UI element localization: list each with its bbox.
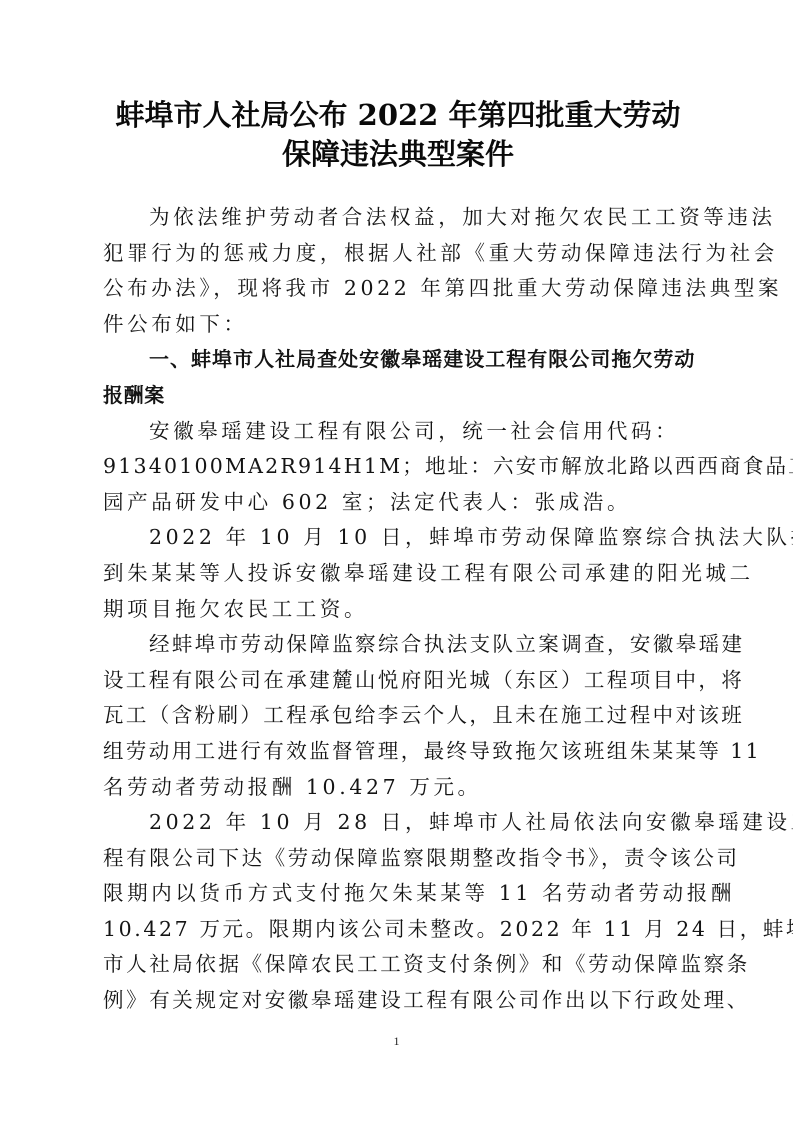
text-line: 名劳动者劳动报酬 10.427 万元。 bbox=[103, 770, 695, 806]
text-line: 安徽皋瑶建设工程有限公司，统一社会信用代码： bbox=[103, 414, 695, 450]
text-line: 园产品研发中心 602 室；法定代表人：张成浩。 bbox=[103, 485, 695, 521]
section-heading: 一、蚌埠市人社局查处安徽皋瑶建设工程有限公司拖欠劳动 报酬案 bbox=[103, 342, 695, 413]
text-line: 件公布如下： bbox=[103, 307, 695, 343]
text-line: 市人社局依据《保障农民工工资支付条例》和《劳动保障监察条 bbox=[103, 947, 695, 983]
company-info-paragraph: 安徽皋瑶建设工程有限公司，统一社会信用代码： 91340100MA2R914H1… bbox=[103, 414, 695, 521]
text-line: 例》有关规定对安徽皋瑶建设工程有限公司作出以下行政处理、 bbox=[103, 983, 695, 1019]
text-line: 为依法维护劳动者合法权益，加大对拖欠农民工工资等违法 bbox=[103, 200, 695, 236]
document-title: 蚌埠市人社局公布 2022 年第四批重大劳动 保障违法典型案件 bbox=[100, 96, 696, 174]
text-line: 程有限公司下达《劳动保障监察限期整改指令书》，责令该公司 bbox=[103, 841, 695, 877]
title-line: 蚌埠市人社局公布 2022 年第四批重大劳动 bbox=[100, 96, 696, 135]
text-line: 2022 年 10 月 10 日，蚌埠市劳动保障监察综合执法大队接 bbox=[103, 520, 695, 556]
text-line: 组劳动用工进行有效监督管理，最终导致拖欠该班组朱某某等 11 bbox=[103, 734, 695, 770]
order-paragraph: 2022 年 10 月 28 日，蚌埠市人社局依法向安徽皋瑶建设工 程有限公司下… bbox=[103, 805, 695, 1019]
document-page: 蚌埠市人社局公布 2022 年第四批重大劳动 保障违法典型案件 为依法维护劳动者… bbox=[0, 0, 793, 1122]
title-line: 保障违法典型案件 bbox=[100, 135, 696, 174]
document-body: 为依法维护劳动者合法权益，加大对拖欠农民工工资等违法 犯罪行为的惩戒力度，根据人… bbox=[103, 200, 695, 1019]
text-line: 2022 年 10 月 28 日，蚌埠市人社局依法向安徽皋瑶建设工 bbox=[103, 805, 695, 841]
text-line: 91340100MA2R914H1M；地址：六安市解放北路以西西商食品工业 bbox=[103, 449, 695, 485]
text-line: 经蚌埠市劳动保障监察综合执法支队立案调查，安徽皋瑶建 bbox=[103, 627, 695, 663]
complaint-paragraph: 2022 年 10 月 10 日，蚌埠市劳动保障监察综合执法大队接 到朱某某等人… bbox=[103, 520, 695, 627]
page-number: 1 bbox=[0, 1034, 793, 1049]
text-line: 设工程有限公司在承建麓山悦府阳光城（东区）工程项目中，将 bbox=[103, 663, 695, 699]
text-line: 公布办法》，现将我市 2022 年第四批重大劳动保障违法典型案 bbox=[103, 271, 695, 307]
text-line: 10.427 万元。限期内该公司未整改。2022 年 11 月 24 日，蚌埠 bbox=[103, 912, 695, 948]
text-line: 瓦工（含粉刷）工程承包给李云个人，且未在施工过程中对该班 bbox=[103, 698, 695, 734]
heading-line: 报酬案 bbox=[103, 378, 695, 414]
intro-paragraph: 为依法维护劳动者合法权益，加大对拖欠农民工工资等违法 犯罪行为的惩戒力度，根据人… bbox=[103, 200, 695, 342]
heading-line: 一、蚌埠市人社局查处安徽皋瑶建设工程有限公司拖欠劳动 bbox=[103, 342, 695, 378]
text-line: 犯罪行为的惩戒力度，根据人社部《重大劳动保障违法行为社会 bbox=[103, 236, 695, 272]
text-line: 到朱某某等人投诉安徽皋瑶建设工程有限公司承建的阳光城二 bbox=[103, 556, 695, 592]
text-line: 限期内以货币方式支付拖欠朱某某等 11 名劳动者劳动报酬 bbox=[103, 876, 695, 912]
text-line: 期项目拖欠农民工工资。 bbox=[103, 592, 695, 628]
investigation-paragraph: 经蚌埠市劳动保障监察综合执法支队立案调查，安徽皋瑶建 设工程有限公司在承建麓山悦… bbox=[103, 627, 695, 805]
